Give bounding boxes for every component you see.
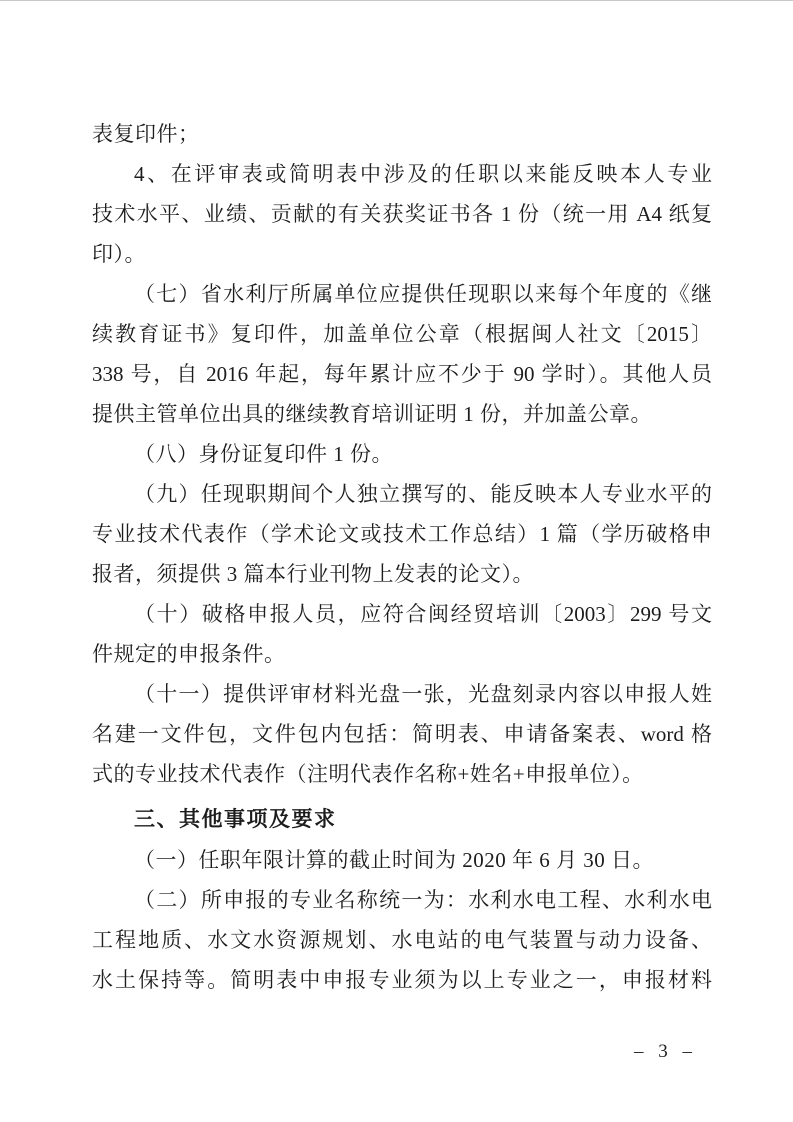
scan-edge-artifact: [0, 0, 793, 1]
page-number: – 3 –: [634, 1040, 754, 1064]
text-line: （二）所申报的专业名称统一为：水利水电工程、水利水电: [92, 880, 712, 920]
text-line: 件规定的申报条件。: [92, 634, 712, 674]
text-line: 式的专业技术代表作（注明代表作名称+姓名+申报单位）。: [92, 754, 712, 794]
document-body: 表复印件；4、在评审表或简明表中涉及的任职以来能反映本人专业技术水平、业绩、贡献…: [92, 114, 712, 1000]
text-line: 印）。: [92, 234, 712, 274]
text-line: 水土保持等。简明表中申报专业须为以上专业之一，申报材料: [92, 960, 712, 1000]
text-line: （十一）提供评审材料光盘一张，光盘刻录内容以申报人姓: [92, 674, 712, 714]
text-line: （一）任职年限计算的截止时间为 2020 年 6 月 30 日。: [92, 840, 712, 880]
text-line: 续教育证书》复印件，加盖单位公章（根据闽人社文〔2015〕: [92, 314, 712, 354]
text-line: （十）破格申报人员，应符合闽经贸培训〔2003〕299 号文: [92, 594, 712, 634]
text-line: 表复印件；: [92, 114, 712, 154]
text-line: （九）任现职期间个人独立撰写的、能反映本人专业水平的: [92, 474, 712, 514]
text-line: 工程地质、水文水资源规划、水电站的电气装置与动力设备、: [92, 920, 712, 960]
text-line: 4、在评审表或简明表中涉及的任职以来能反映本人专业: [92, 154, 712, 194]
text-line: （七）省水利厅所属单位应提供任现职以来每个年度的《继: [92, 274, 712, 314]
text-line: 技术水平、业绩、贡献的有关获奖证书各 1 份（统一用 A4 纸复: [92, 194, 712, 234]
text-line: 名建一文件包，文件包内包括：简明表、申请备案表、word 格: [92, 714, 712, 754]
text-line: 报者，须提供 3 篇本行业刊物上发表的论文）。: [92, 554, 712, 594]
text-line: 338 号，自 2016 年起，每年累计应不少于 90 学时）。其他人员: [92, 354, 712, 394]
text-line: 专业技术代表作（学术论文或技术工作总结）1 篇（学历破格申: [92, 514, 712, 554]
text-line: （八）身份证复印件 1 份。: [92, 434, 712, 474]
section-heading: 三、其他事项及要求: [92, 800, 712, 840]
text-line: 提供主管单位出具的继续教育培训证明 1 份，并加盖公章。: [92, 394, 712, 434]
document-scan: { "page": { "body_lines": [ { "text": "表…: [0, 0, 793, 1122]
